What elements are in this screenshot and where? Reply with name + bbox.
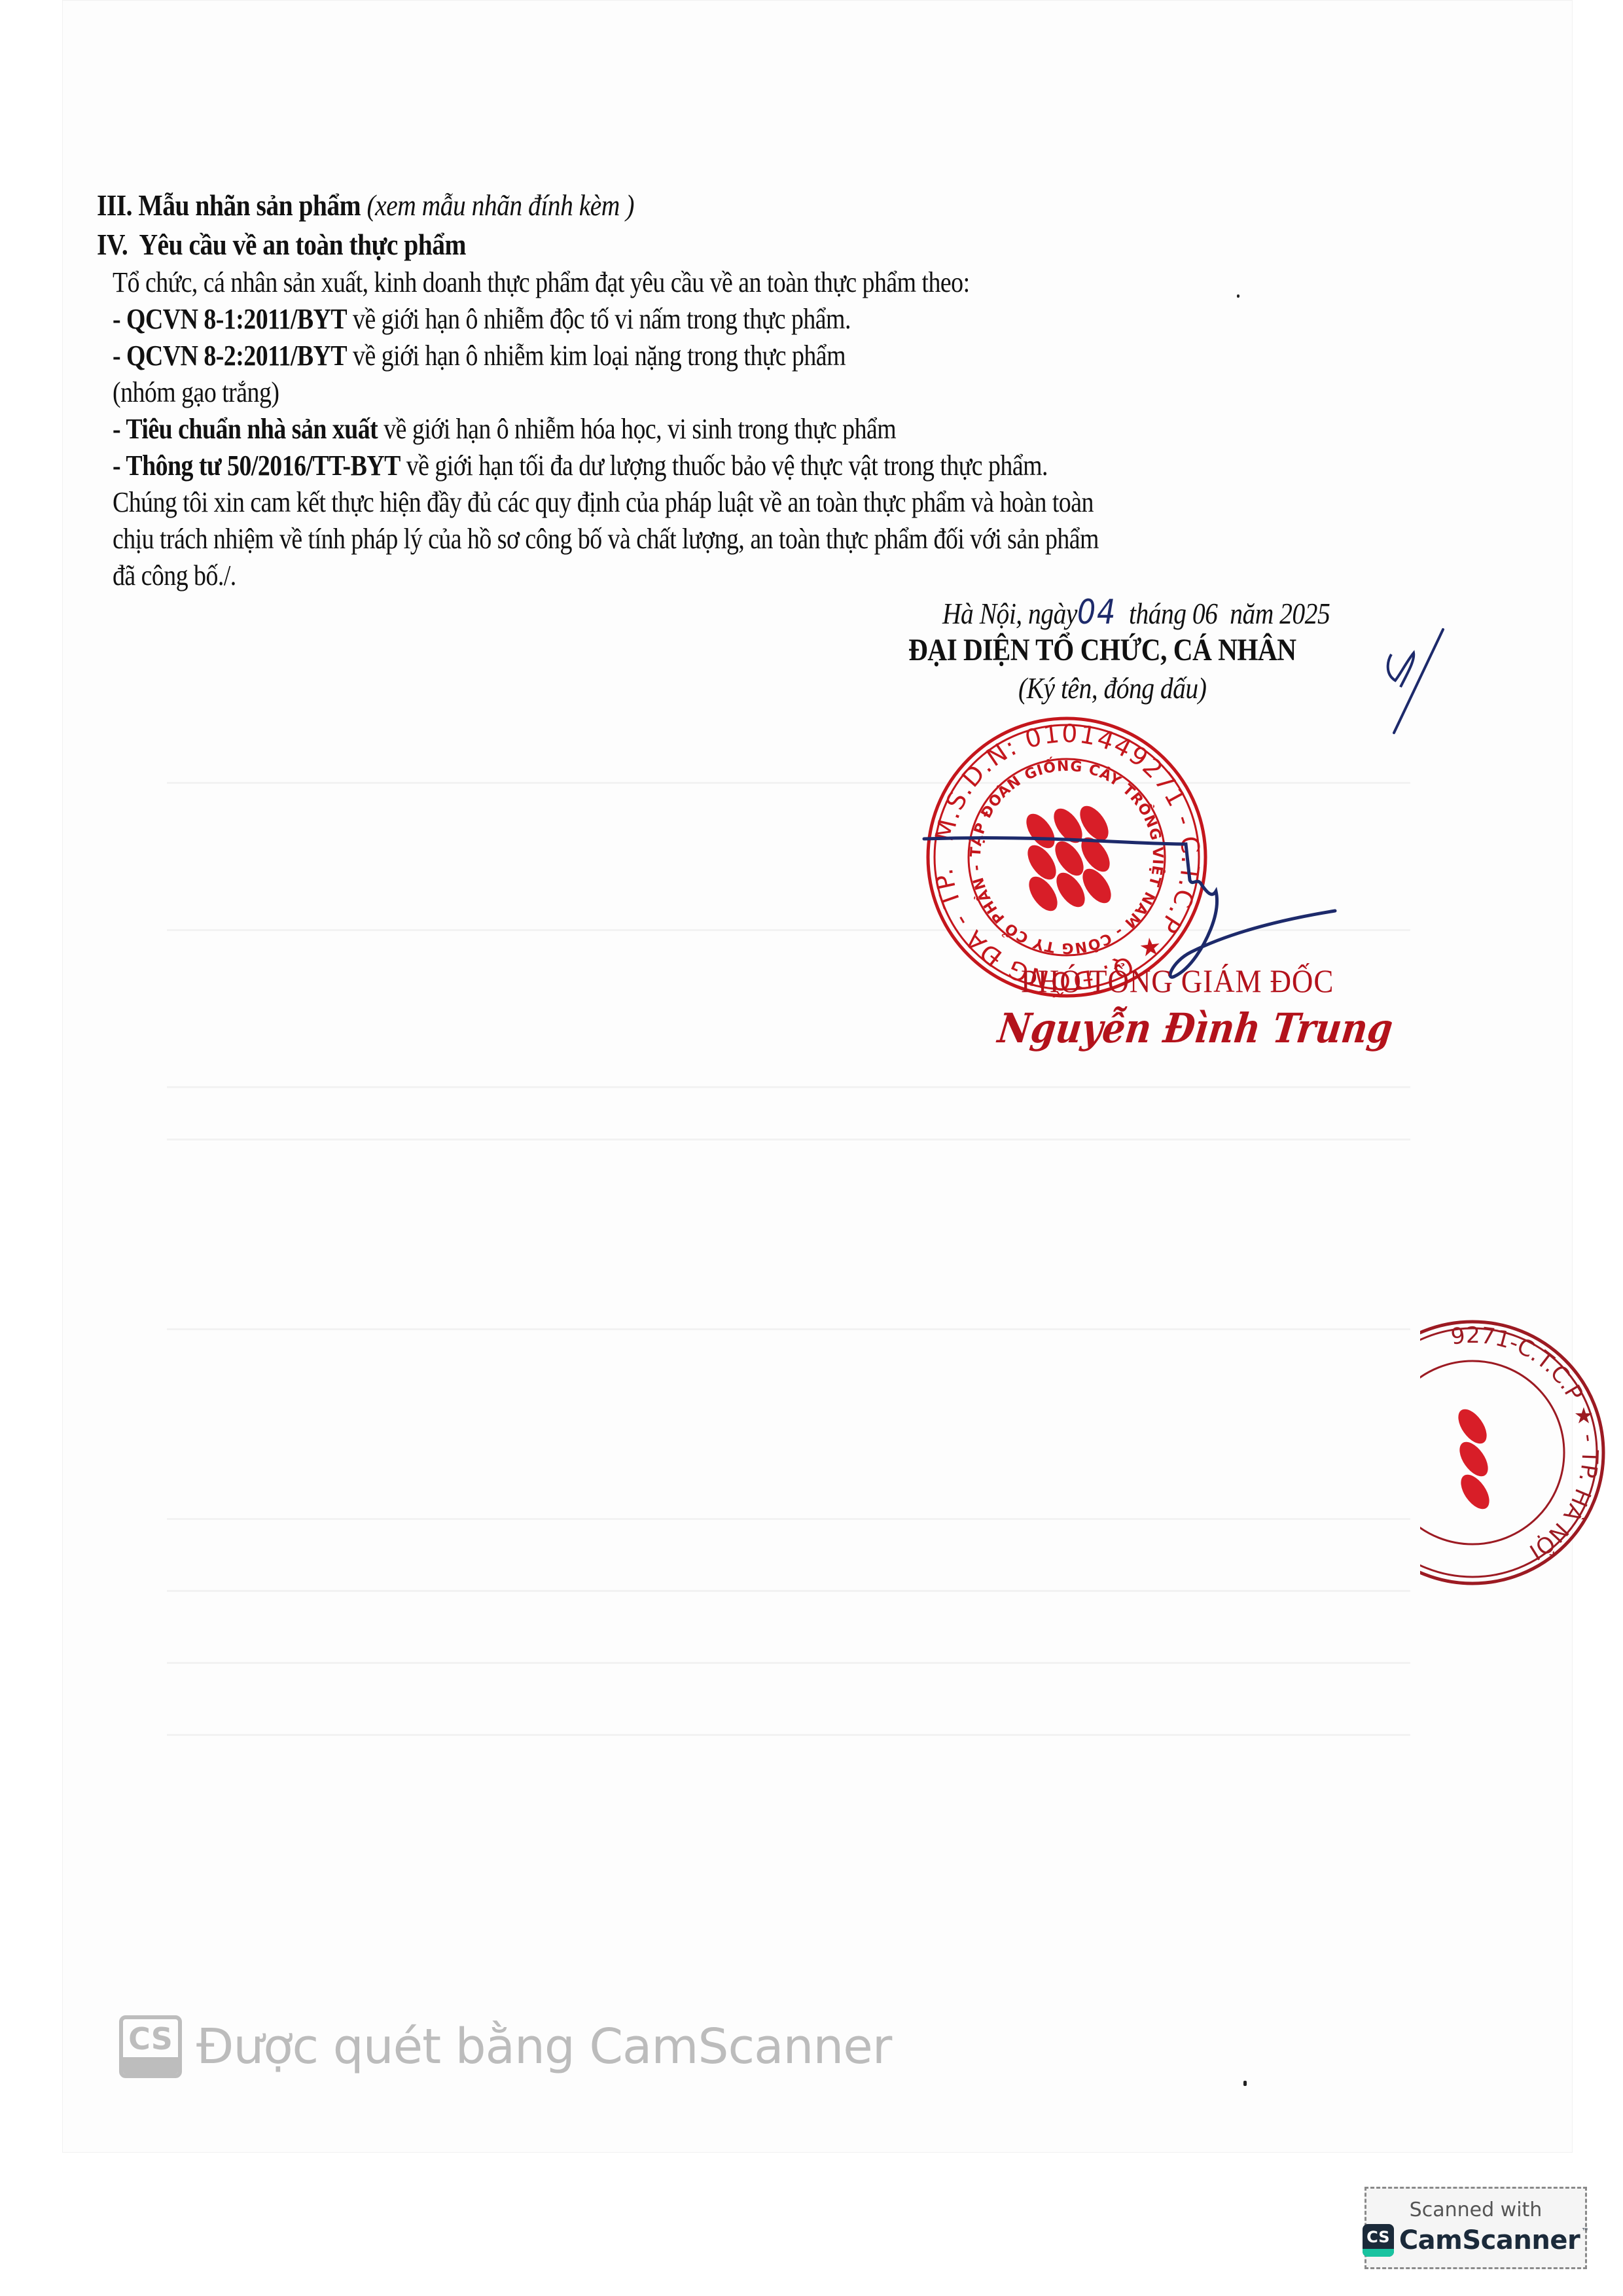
section-iii-note: (xem mẫu nhãn đính kèm ) [367,188,634,222]
requirement-text: về giới hạn ô nhiễm độc tố vi nấm trong … [347,303,851,335]
section-iv-title: Yêu cầu về an toàn thực phẩm [139,228,466,261]
camscanner-logo-icon: CS [119,2015,182,2078]
commitment-line: chịu trách nhiệm về tính pháp lý của hồ … [113,521,1099,557]
camscanner-watermark-text: Được quét bằng CamScanner [196,2019,891,2075]
requirement-text: (nhóm gạo trắng) [113,376,279,408]
requirement-text: về giới hạn ô nhiễm hóa học, vi sinh tro… [378,413,896,445]
section-iii-heading: III. Mẫu nhãn sản phẩm (xem mẫu nhãn đín… [97,187,634,224]
section-iv-numeral: IV. [97,228,128,261]
section-iii-numeral: III. [97,188,132,222]
requirement-item: - QCVN 8-1:2011/BYT về giới hạn ô nhiễm … [113,301,851,338]
requirement-item: - QCVN 8-2:2011/BYT về giới hạn ô nhiễm … [113,338,846,374]
badge-brand-name: CamScanner [1399,2225,1580,2255]
requirement-code: - QCVN 8-2:2011/BYT [113,340,347,372]
requirement-item: - Thông tư 50/2016/TT-BYT về giới hạn tố… [113,448,1048,484]
signature-subtitle: (Ký tên, đóng dấu) [1018,670,1206,707]
commitment-line: đã công bố./. [113,557,236,594]
signature-title: ĐẠI DIỆN TỔ CHỨC, CÁ NHÂN [908,632,1296,669]
requirement-text: về giới hạn tối đa dư lượng thuốc bảo vệ… [401,450,1048,482]
scan-speck [1237,294,1240,298]
signing-date: Hà Nội, ngày04 tháng 06 năm 2025 [942,594,1330,632]
camscanner-badge-logo-icon: CS [1363,2224,1394,2257]
requirement-code: - Tiêu chuẩn nhà sản xuất [113,413,378,445]
section-iv-heading: IV. Yêu cầu về an toàn thực phẩm [97,226,466,263]
date-year: năm 2025 [1230,597,1330,630]
partial-stamp: 9271-C.T.C.P ★ - TP. HÀ NỘI [1420,1315,1616,1590]
camscanner-watermark: CS Được quét bằng CamScanner [119,2015,891,2078]
date-place-prefix: Hà Nội, ngày [942,597,1077,630]
requirement-item: - Tiêu chuẩn nhà sản xuất về giới hạn ô … [113,411,896,448]
handwritten-day: 04 [1077,593,1116,632]
requirement-code: - QCVN 8-1:2011/BYT [113,303,347,335]
signer-name: Nguyễn Đình Trung [995,1004,1395,1052]
section-iv-intro: Tổ chức, cá nhân sản xuất, kinh doanh th… [113,264,970,301]
trademark-symbol: ™ [1581,2227,1589,2236]
signer-role: PHÓ TỔNG GIÁM ĐỐC [1021,962,1334,1000]
scan-speck [1243,2081,1247,2086]
scanned-with-badge: Scanned with CS CamScanner ™ [1364,2187,1587,2269]
requirement-code: - Thông tư 50/2016/TT-BYT [113,450,401,482]
badge-caption: Scanned with [1410,2199,1543,2221]
document-body: III. Mẫu nhãn sản phẩm (xem mẫu nhãn đín… [0,0,1623,2296]
requirement-item: (nhóm gạo trắng) [113,374,279,411]
date-month: tháng 06 [1129,597,1217,630]
commitment-line: Chúng tôi xin cam kết thực hiện đầy đủ c… [113,484,1094,521]
section-iii-title: Mẫu nhãn sản phẩm [138,188,361,222]
requirement-text: về giới hạn ô nhiễm kim loại nặng trong … [347,340,846,372]
company-stamp: M.S.D.N: 0101449271 - C.T.C.P ★ Q. ĐỐNG … [923,713,1211,1001]
